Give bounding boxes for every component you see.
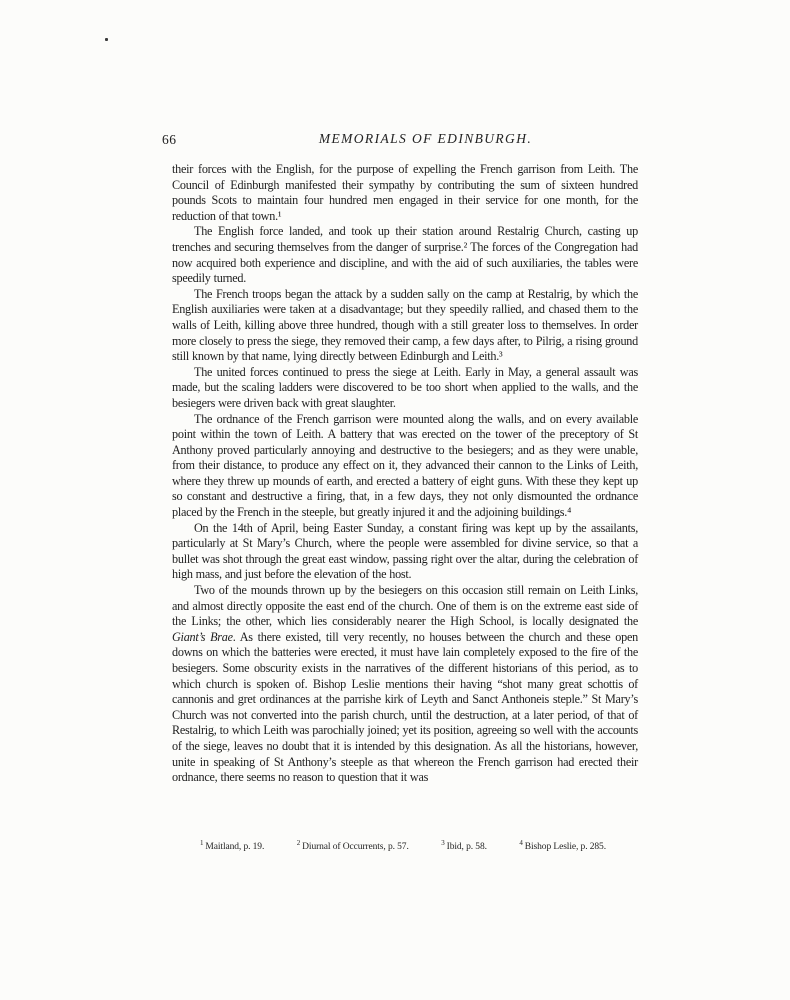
footnote-4: 4Bishop Leslie, p. 285. xyxy=(519,841,606,853)
footnote-4-marker: 4 xyxy=(519,839,522,847)
italic-phrase-giants-brae: Giant’s Brae xyxy=(172,630,233,644)
paragraph-5: The ordnance of the French garrison were… xyxy=(172,412,638,521)
footnote-1: 1Maitland, p. 19. xyxy=(200,841,264,853)
paragraph-7: Two of the mounds thrown up by the besie… xyxy=(172,583,638,786)
footnote-2-text: Diurnal of Occurrents, p. 57. xyxy=(302,842,409,852)
scan-artifact-dot xyxy=(105,38,108,41)
paragraph-7-post: . As there existed, till very recently, … xyxy=(172,630,638,784)
page-number: 66 xyxy=(162,132,177,148)
footnote-2: 2Diurnal of Occurrents, p. 57. xyxy=(297,841,409,853)
footnote-3-text: Ibid, p. 58. xyxy=(447,842,487,852)
book-page: 66 MEMORIALS OF EDINBURGH. their forces … xyxy=(0,0,790,1000)
paragraph-2: The English force landed, and took up th… xyxy=(172,224,638,286)
footnote-1-marker: 1 xyxy=(200,839,203,847)
body-text-block: their forces with the English, for the p… xyxy=(172,162,638,786)
footnote-3-marker: 3 xyxy=(441,839,444,847)
footnote-4-text: Bishop Leslie, p. 285. xyxy=(525,842,606,852)
footnote-2-marker: 2 xyxy=(297,839,300,847)
paragraph-4: The united forces continued to press the… xyxy=(172,365,638,412)
paragraph-1: their forces with the English, for the p… xyxy=(172,162,638,224)
footnote-1-text: Maitland, p. 19. xyxy=(205,842,264,852)
footnote-3: 3Ibid, p. 58. xyxy=(441,841,487,853)
paragraph-7-pre: Two of the mounds thrown up by the besie… xyxy=(172,583,638,628)
footnotes-row: 1Maitland, p. 19. 2Diurnal of Occurrents… xyxy=(200,841,606,853)
paragraph-6: On the 14th of April, being Easter Sunda… xyxy=(172,521,638,583)
paragraph-3: The French troops began the attack by a … xyxy=(172,287,638,365)
running-title: MEMORIALS OF EDINBURGH. xyxy=(303,131,548,147)
